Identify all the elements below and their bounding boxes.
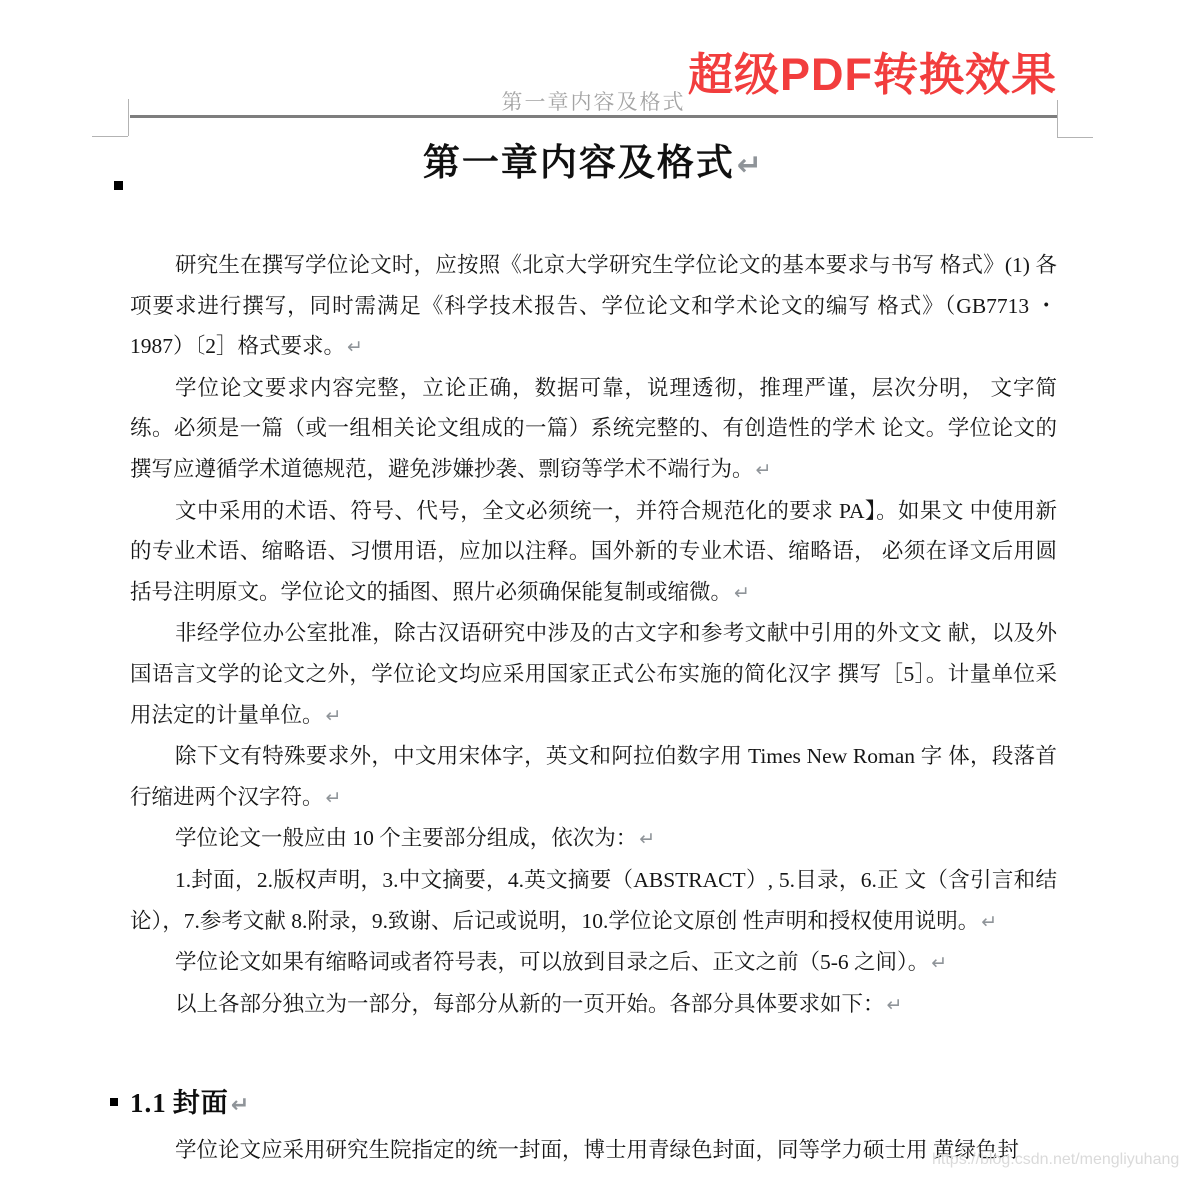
paragraph: 研究生在撰写学位论文时，应按照《北京大学研究生学位论文的基本要求与书写 格式》(… — [130, 245, 1057, 368]
csdn-url-watermark: https://blog.csdn.net/mengliyuhang — [932, 1151, 1179, 1169]
paragraph: 非经学位办公室批准，除古汉语研究中涉及的古文字和参考文献中引用的外文文 献，以及… — [130, 613, 1057, 736]
title-square-bullet-icon — [114, 181, 123, 190]
section-heading: 1.1封面↵ — [130, 1081, 1057, 1128]
paragraph-text: 学位论文一般应由 10 个主要部分组成，依次为： — [175, 826, 637, 850]
margin-crop-mark-right-horizontal — [1057, 137, 1093, 138]
paragraph-text: 1.封面，2.版权声明，3.中文摘要，4.英文摘要（ABSTRACT）, 5.目… — [130, 868, 1057, 933]
paragraph: 学位论文应采用研究生院指定的统一封面，博士用青绿色封面，同等学力硕士用 黄绿色封 — [130, 1130, 1057, 1171]
body-text: 研究生在撰写学位论文时，应按照《北京大学研究生学位论文的基本要求与书写 格式》(… — [130, 245, 1057, 1025]
paragraph: 学位论文如果有缩略词或者符号表，可以放到目录之后、正文之前（5-6 之间）。↵ — [130, 942, 1057, 984]
margin-crop-mark-right-vertical — [1057, 100, 1058, 137]
paragraph: 文中采用的术语、符号、代号，全文必须统一，并符合规范化的要求 PA】。如果文 中… — [130, 491, 1057, 614]
paragraph: 除下文有特殊要求外，中文用宋体字，英文和阿拉伯数字用 Times New Rom… — [130, 736, 1057, 818]
paragraph: 以上各部分独立为一部分，每部分从新的一页开始。各部分具体要求如下：↵ — [130, 984, 1057, 1026]
paragraph-mark-icon: ↵ — [979, 911, 997, 933]
paragraph-mark-icon: ↵ — [324, 705, 342, 727]
paragraph-mark-icon: ↵ — [754, 459, 772, 481]
paragraph-text: 学位论文要求内容完整，立论正确，数据可靠，说理透彻，推理严谨，层次分明， 文字简… — [130, 376, 1057, 481]
paragraph-text: 研究生在撰写学位论文时，应按照《北京大学研究生学位论文的基本要求与书写 格式》(… — [130, 253, 1057, 358]
section-square-bullet-icon — [110, 1098, 118, 1106]
paragraph: 1.封面，2.版权声明，3.中文摘要，4.英文摘要（ABSTRACT）, 5.目… — [130, 860, 1057, 942]
paragraph-text: 学位论文应采用研究生院指定的统一封面，博士用青绿色封面，同等学力硕士用 黄绿色封 — [175, 1138, 1019, 1162]
running-header: 第一章内容及格式 — [130, 86, 1057, 116]
section-heading-wrap: 1.1封面↵ — [130, 1081, 1057, 1128]
paragraph-mark-icon: ↵ — [229, 1093, 250, 1118]
paragraph: 学位论文一般应由 10 个主要部分组成，依次为：↵ — [130, 818, 1057, 860]
paragraph-mark-icon: ↵ — [732, 582, 750, 604]
document-page: 超级PDF转换效果 第一章内容及格式 第一章内容及格式↵ 研究生在撰写学位论文时… — [0, 0, 1179, 1186]
paragraph: 学位论文要求内容完整，立论正确，数据可靠，说理透彻，推理严谨，层次分明， 文字简… — [130, 368, 1057, 491]
paragraph-mark-icon: ↵ — [929, 952, 947, 974]
paragraph-mark-icon: ↵ — [885, 994, 903, 1016]
margin-crop-mark-left-horizontal — [92, 136, 128, 137]
paragraph-text: 文中采用的术语、符号、代号，全文必须统一，并符合规范化的要求 PA】。如果文 中… — [130, 499, 1057, 604]
paragraph-mark-icon: ↵ — [637, 828, 655, 850]
chapter-title-text: 第一章内容及格式 — [423, 142, 735, 183]
section-label: 封面 — [167, 1088, 229, 1118]
chapter-title: 第一章内容及格式↵ — [130, 139, 1057, 190]
paragraph-mark-icon: ↵ — [345, 336, 363, 358]
paragraph-mark-icon: ↵ — [324, 787, 342, 809]
last-paragraph-wrap: 学位论文应采用研究生院指定的统一封面，博士用青绿色封面，同等学力硕士用 黄绿色封 — [130, 1130, 1057, 1171]
paragraph-text: 以上各部分独立为一部分，每部分从新的一页开始。各部分具体要求如下： — [175, 992, 885, 1016]
header-rule — [130, 115, 1057, 118]
paragraph-text: 非经学位办公室批准，除古汉语研究中涉及的古文字和参考文献中引用的外文文 献，以及… — [130, 621, 1057, 726]
margin-crop-mark-left-vertical — [128, 99, 129, 136]
paragraph-mark-icon: ↵ — [735, 148, 764, 183]
paragraph-text: 除下文有特殊要求外，中文用宋体字，英文和阿拉伯数字用 Times New Rom… — [130, 744, 1057, 809]
paragraph-text: 学位论文如果有缩略词或者符号表，可以放到目录之后、正文之前（5-6 之间）。 — [175, 950, 929, 974]
section-number: 1.1 — [130, 1088, 167, 1118]
